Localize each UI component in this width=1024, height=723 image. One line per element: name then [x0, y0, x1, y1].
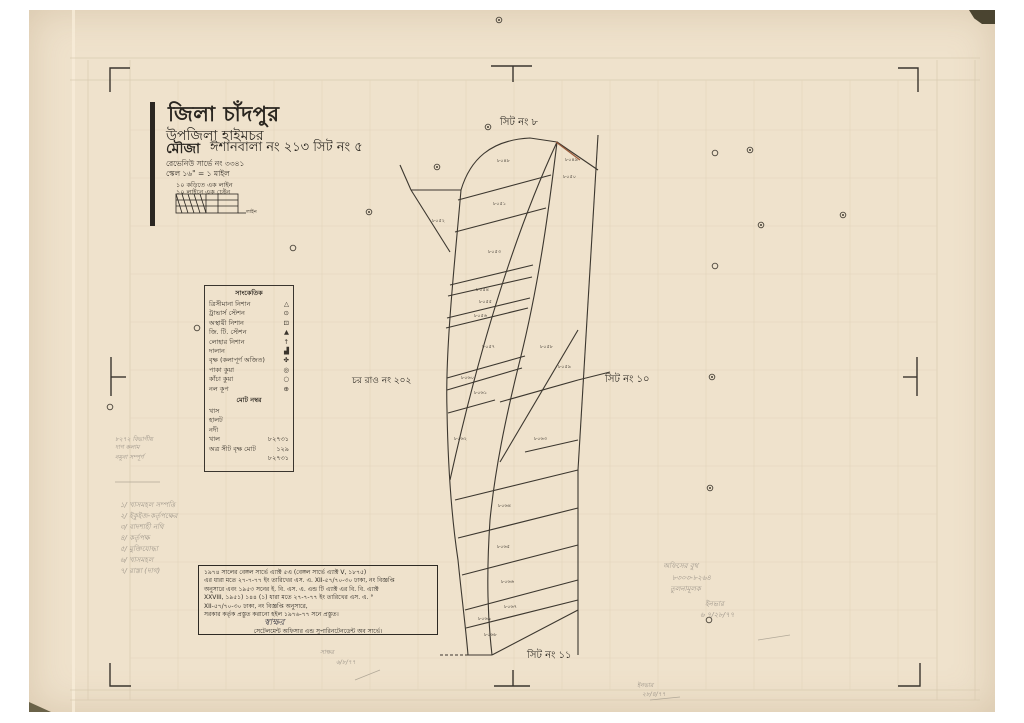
parcel-number: ৮০৬৫	[497, 544, 510, 552]
notice-line: এর ধারা মতে ২৭-৭-৭৭ ইং তারিখের এস. এ. XI…	[204, 577, 432, 585]
parcel-number: ৮০৬১	[474, 390, 487, 398]
notice-footer: সেটেলমেন্ট অফিসার এন্ড সুপারিনটেনডেন্ট অ…	[204, 628, 432, 636]
sheet-label-south: সিট নং ১১	[527, 648, 572, 665]
tube-well-icon: ⊕	[280, 385, 289, 394]
notice-line: অনুসারে এবং ১৯৫৩ সনের ই. বি. এস. এ. এন্ড…	[204, 586, 432, 594]
pencil-note: ৬/৮/৭৭	[336, 657, 356, 668]
parcel-number: ৮০৬৩	[534, 436, 547, 444]
parcel-number: ৮০৬২	[454, 436, 467, 444]
building-icon: ▟	[280, 347, 289, 356]
legend-item: অস্থায়ী নিশান⊡	[209, 319, 289, 328]
parcel-number: ৮০৬৮	[484, 632, 497, 640]
parcel-number: ৮০৫৫	[479, 299, 492, 307]
pencil-note: অফিসের বুথ	[663, 560, 698, 572]
parcel-number: ৮০৬৪	[498, 503, 511, 511]
pencil-note: সাক্ষর	[320, 647, 334, 658]
legend-count: খাল৮২৭৩১	[209, 435, 289, 444]
legend-subtitle: মোট নম্বর	[209, 395, 289, 406]
legend-title: সাংকেতিক	[209, 288, 289, 299]
masonry-well-icon: ◎	[280, 366, 289, 375]
gazette-notice-box: ১৯৭৪ সালের বেঙ্গল সার্ভে এ্যাক্ট ৫এ (বেঙ…	[198, 565, 438, 635]
gt-station-icon: ▲	[280, 328, 289, 337]
parcel-number: ৮০৫৮	[540, 344, 553, 352]
legend-item: ট্রাভার্স স্টেশন⊙	[209, 309, 289, 318]
title-bar-accent	[150, 102, 155, 226]
parcel-number: ৮০৫১	[493, 201, 506, 209]
temporary-mark-icon: ⊡	[280, 319, 289, 328]
parcel-number: ৮০৬৬	[501, 579, 514, 587]
parcel-number: ৮০৬০	[461, 375, 474, 383]
mouza-name: ঈশানবালা নং ২১৩ সিট নং ৫	[210, 138, 363, 159]
parcel-number: ৮০৬৭	[504, 604, 517, 612]
notice-line: XXVIII, ১৯৫১) ১৪৪ (১) ধারা মতে ২৭-৭-৭৭ ই…	[204, 594, 432, 602]
legend-box: সাংকেতিক ত্রিসীমানা নিশান△ ট্রাভার্স স্ট…	[204, 285, 294, 472]
parcel-number: ৮০৫৪	[476, 287, 489, 295]
legend-count: অত্র সীট বৃক্ষ মোট১২৯	[209, 445, 289, 454]
parcel-number: ৮০৫০	[563, 174, 576, 182]
parcel-number: ৮০৪৯	[565, 157, 578, 165]
pencil-note: তুলনামূলক	[670, 583, 701, 595]
iron-mark-icon: ↑	[280, 338, 289, 347]
tri-junction-icon: △	[280, 300, 289, 309]
notice-line: ১৯৭৪ সালের বেঙ্গল সার্ভে এ্যাক্ট ৫এ (বেঙ…	[204, 569, 432, 577]
parcel-number: ৮০৫৩	[488, 249, 501, 257]
pencil-note-list: ১/ খাসমহল সম্পত্তি ২/ ইকুইজ-কর্তৃপক্ষের …	[120, 500, 177, 577]
legend-item: নল কূপ⊕	[209, 385, 289, 394]
legend-item: কাঁচা কুয়া○	[209, 375, 289, 384]
parcel-number: ৮০৬৯	[478, 616, 491, 624]
scale-bar-label: লাইন	[246, 209, 257, 217]
mouza-label: মৌজা	[166, 137, 200, 161]
legend-item: লোহার নিশান↑	[209, 338, 289, 347]
legend-item: দালান▟	[209, 347, 289, 356]
legend-count: নদী	[209, 426, 289, 435]
notice-line: XII-৫৭/৭০-৩০ ঢাকা, নং বিজ্ঞপ্তি অনুসারে,	[204, 603, 432, 611]
parcel-number: ৮০৫৭	[482, 344, 495, 352]
legend-item: ত্রিসীমানা নিশান△	[209, 300, 289, 309]
pencil-note: ২৮/৪/৭৭	[642, 689, 666, 700]
notice-line: সরকার কর্তৃক প্রস্তুত করানো হইল ১৯৭৬-৭৭ …	[204, 611, 432, 619]
sheet-label-north: সিট নং ৮	[500, 115, 538, 132]
parcel-number: ৮০৪৮	[497, 158, 510, 166]
sheet-label-west: চর রাও নং ২০২	[352, 373, 411, 388]
legend-item: পাকা কুয়া◎	[209, 366, 289, 375]
traverse-station-icon: ⊙	[280, 309, 289, 318]
sheet-label-east: সিট নং ১০	[605, 372, 650, 389]
scale-note-2: ১০ লাইনে এক চেইন	[176, 187, 230, 198]
parcel-number: ৮০৫৯	[558, 364, 571, 372]
parcel-number: ৮০৫৬	[474, 313, 487, 321]
legend-count: হালট	[209, 416, 289, 425]
pencil-note: ৬ ৭/২৮/৭৭	[700, 609, 734, 621]
tree-icon: ✤	[280, 356, 289, 365]
legend-item: জি. টি. স্টেশন▲	[209, 328, 289, 337]
kutcha-well-icon: ○	[280, 375, 289, 384]
pencil-note: নমুনা সম্পূর্ণ	[115, 452, 144, 463]
parcel-number: ৮০৫২	[432, 218, 445, 226]
legend-item: বৃক্ষ (কলাপূর্ণ অজিত)✤	[209, 356, 289, 365]
legend-count: ৮২৭৩১	[209, 454, 289, 463]
